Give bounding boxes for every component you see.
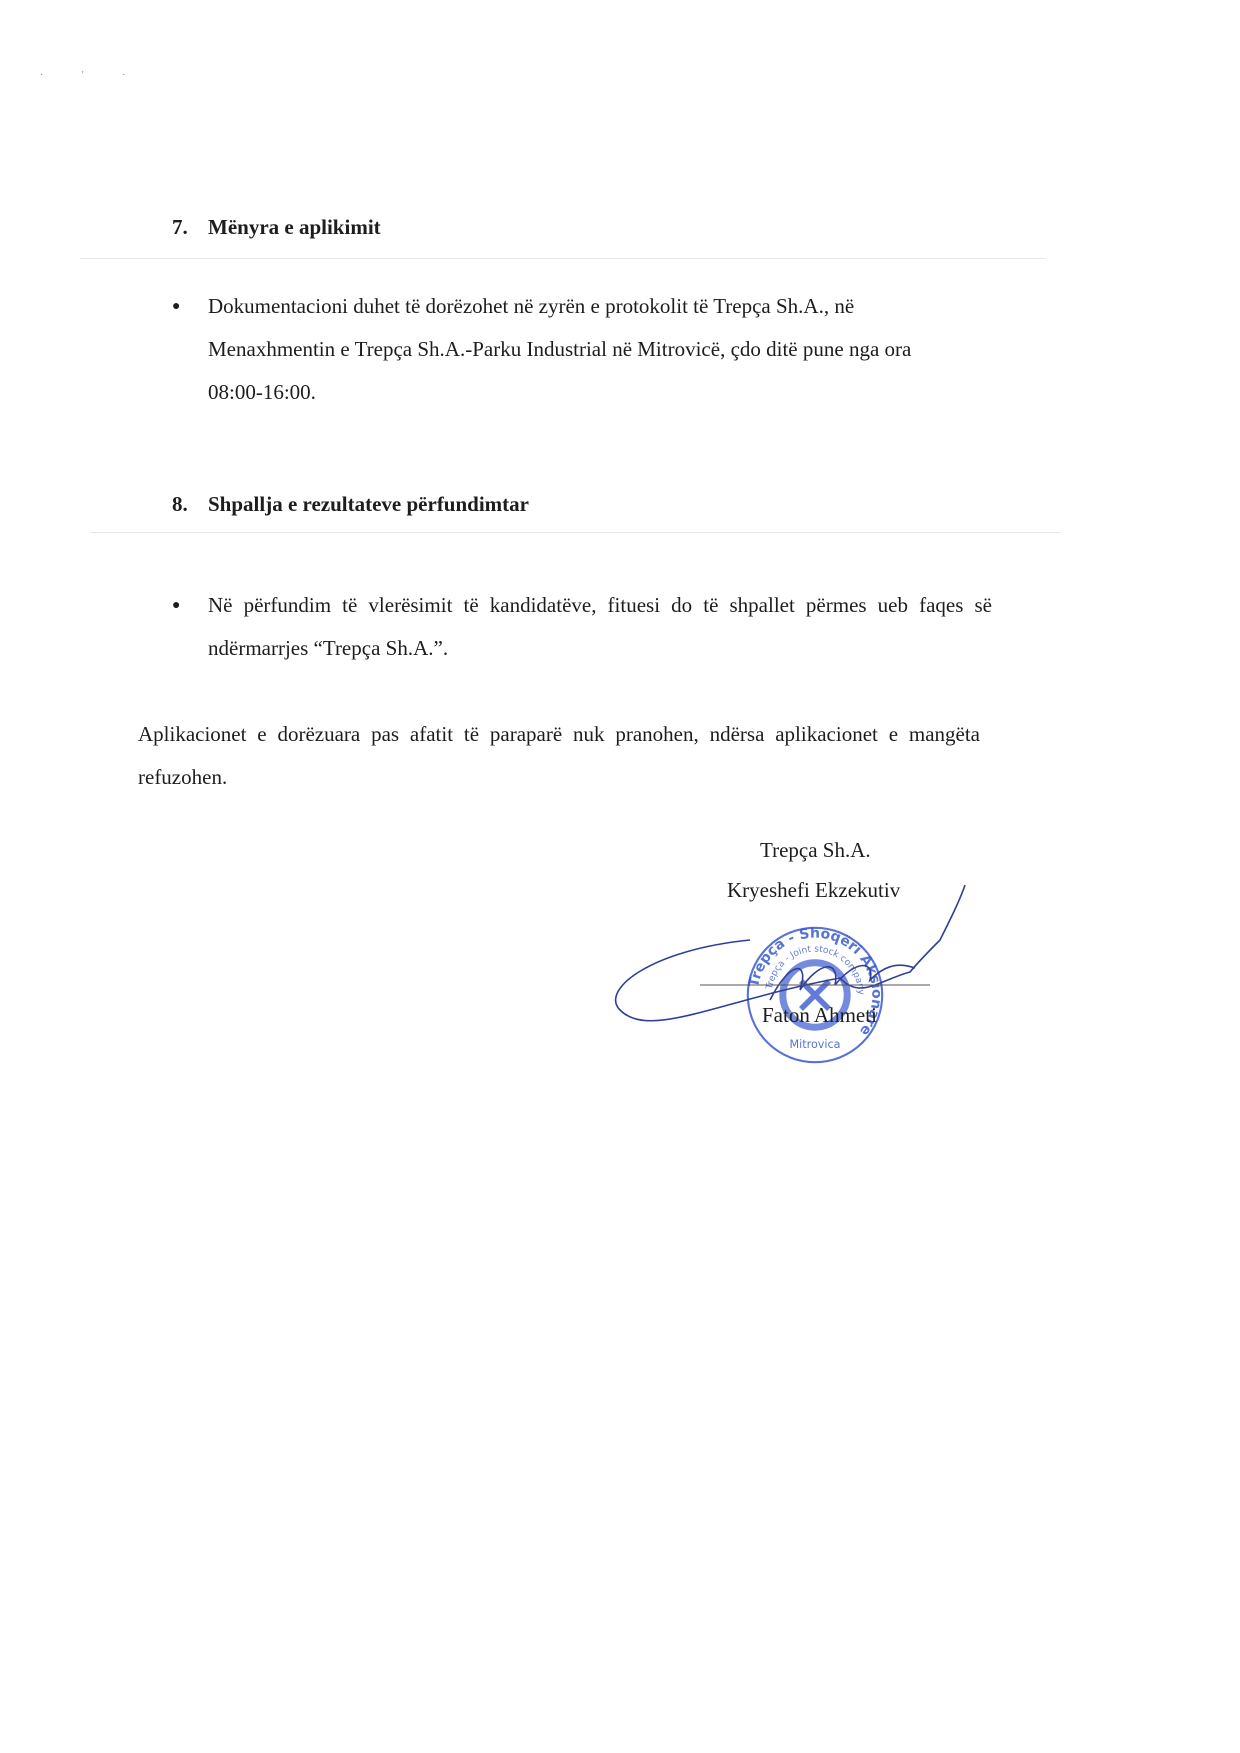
bullet-icon: ●: [172, 285, 180, 328]
bullet-line: Dokumentacioni duhet të dorëzohet në zyr…: [208, 285, 911, 328]
bullet-line: Në përfundim të vlerësimit të kandidatëv…: [208, 584, 992, 627]
section-title: Mënyra e aplikimit: [208, 215, 381, 239]
handwritten-signature-icon: [610, 880, 980, 1050]
signature-company: Trepça Sh.A.: [760, 838, 871, 863]
section-divider: [90, 532, 1060, 533]
scan-specks: · ' ·: [40, 70, 143, 81]
bullet-line: ndërmarrjes “Trepça Sh.A.”.: [208, 627, 448, 670]
section-8-heading: 8.Shpallja e rezultateve përfundimtar: [172, 492, 529, 517]
bullet-line: Menaxhmentin e Trepça Sh.A.-Parku Indust…: [208, 328, 911, 371]
closing-paragraph-line-1: Aplikacionet e dorëzuara pas afatit të p…: [138, 713, 980, 756]
section-number: 8.: [172, 492, 208, 517]
document-page: · ' · 7.Mënyra e aplikimit ● Dokumentaci…: [0, 0, 1240, 1753]
bullet-line: 08:00-16:00.: [208, 371, 911, 414]
section-divider: [80, 258, 1045, 259]
section-number: 7.: [172, 215, 208, 240]
section-7-heading: 7.Mënyra e aplikimit: [172, 215, 381, 240]
bullet-icon: ●: [172, 584, 180, 627]
closing-paragraph-line-2: refuzohen.: [138, 756, 227, 799]
section-title: Shpallja e rezultateve përfundimtar: [208, 492, 529, 516]
